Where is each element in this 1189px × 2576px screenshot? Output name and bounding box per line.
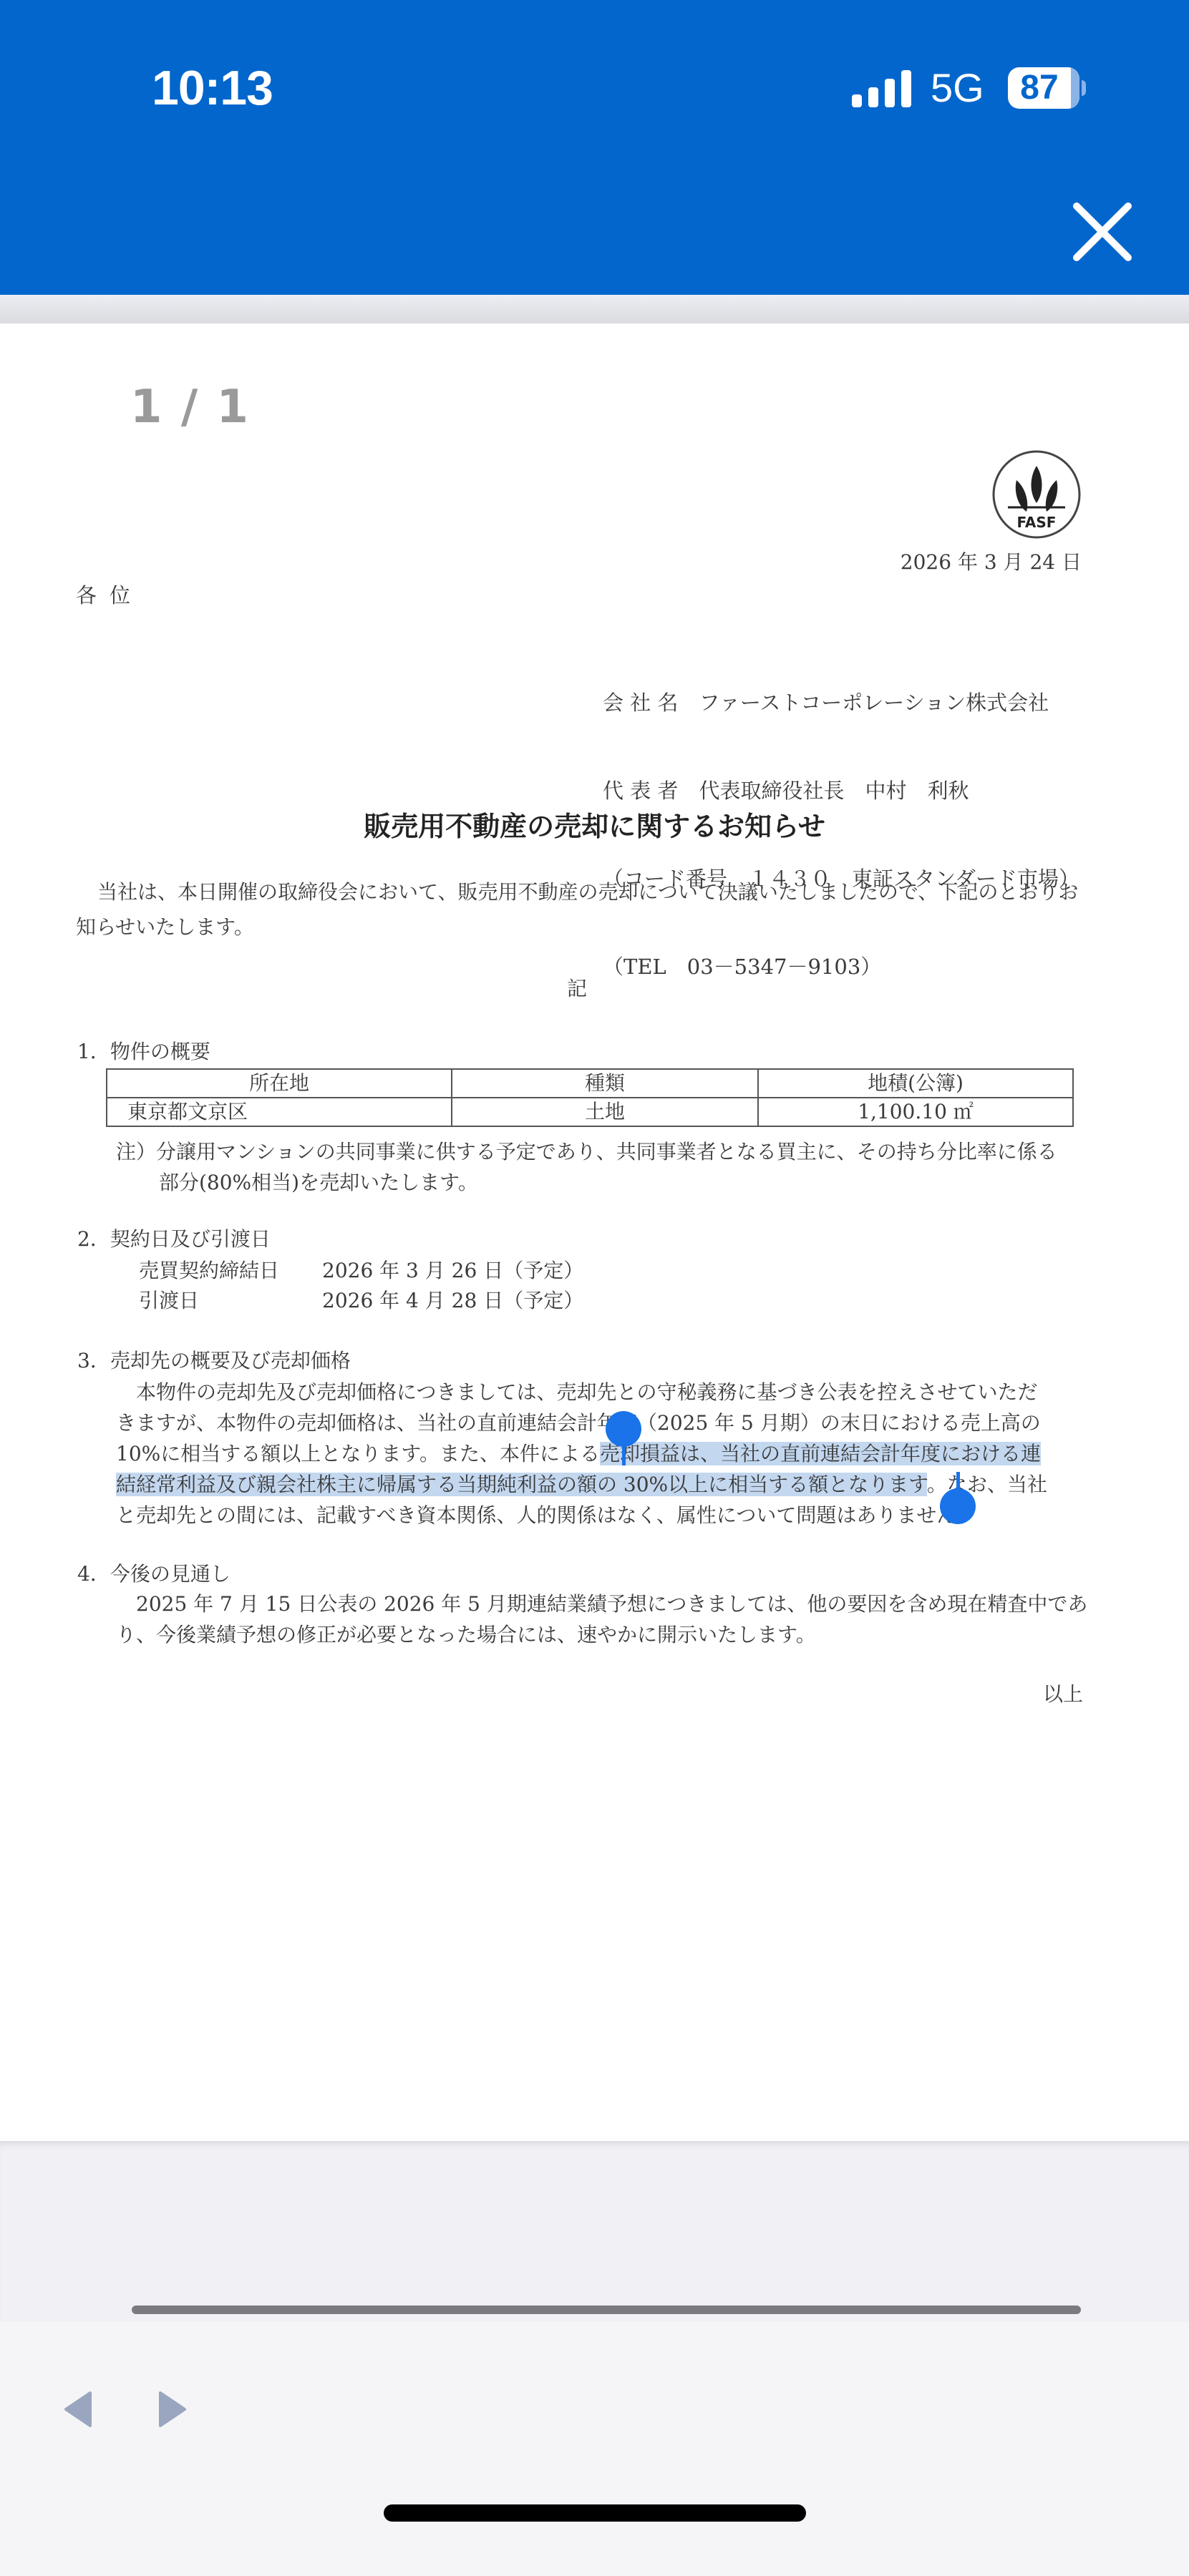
delivery-date-value: 2026 年 4 月 28 日（予定） [322, 1291, 583, 1311]
section-1-heading: 1．物件の概要 [77, 1042, 210, 1062]
close-button[interactable] [1067, 196, 1138, 268]
selected-text[interactable]: 売却損益は、当社の直前連結会計年度における連 [600, 1442, 1041, 1465]
selection-start-handle-stem [622, 1438, 626, 1465]
text-line: きますが、本物件の売却価格は、当社の直前連結会計年度（2025 年 5 月期）の… [116, 1407, 1084, 1438]
bottom-toolbar [0, 2322, 1189, 2576]
text-line: り、今後業績予想の修正が必要となった場合には、速やかに開示いたします。 [116, 1619, 1084, 1650]
company-name: ファーストコーポレーション株式会社 [699, 691, 1049, 715]
note-line: 注）分譲用マンションの共同事業に供する予定であり、共同事業者となる買主に、その持… [116, 1136, 1082, 1167]
document-title: 販売用不動産の売却に関するお知らせ [0, 804, 1189, 844]
note-line: 部分(80%相当)を売却いたします。 [116, 1167, 1082, 1198]
text-line: と売却先との間には、記載すべき資本関係、人的関係はなく、属性について問題はありま… [116, 1500, 1084, 1531]
previous-page-button[interactable] [62, 2390, 94, 2429]
triangle-left-icon [62, 2390, 94, 2429]
battery-cap [1082, 80, 1086, 96]
ki-marker: 記 [0, 979, 1154, 999]
table-cell: 1,100.10 ㎡ [758, 1098, 1073, 1126]
next-page-button[interactable] [156, 2390, 189, 2429]
home-indicator[interactable] [384, 2504, 806, 2522]
table-row: 東京都文京区 土地 1,100.10 ㎡ [107, 1098, 1073, 1126]
table-header-row: 所在地 種類 地積(公簿) [107, 1069, 1073, 1098]
text-line: 本物件の売却先及び売却価格につきましては、売却先との守秘義務に基づき公表を控えさ… [116, 1377, 1084, 1407]
viewer-background [0, 2141, 1189, 2322]
contract-date-label: 売買契約締結日 [139, 1261, 279, 1281]
section-4-body: 2025 年 7 月 15 日公表の 2026 年 5 月期連結業績予想につきま… [116, 1589, 1084, 1650]
intro-paragraph: 当社は、本日開催の取締役会において、販売用不動産の売却について決議いたしましたの… [76, 874, 1081, 945]
closing-mark: 以上 [1043, 1684, 1083, 1704]
document-date: 2026 年 3 月 24 日 [901, 552, 1082, 572]
table-header: 種類 [452, 1069, 758, 1098]
addressee: 各位 [76, 585, 143, 606]
viewer-header [0, 0, 1189, 295]
section-3-body[interactable]: 本物件の売却先及び売却価格につきましては、売却先との守秘義務に基づき公表を控えさ… [116, 1377, 1084, 1531]
delivery-date-label: 引渡日 [139, 1291, 199, 1311]
status-time: 10:13 [152, 60, 273, 116]
table-cell: 東京都文京区 [107, 1098, 452, 1126]
property-table: 所在地 種類 地積(公簿) 東京都文京区 土地 1,100.10 ㎡ [106, 1068, 1074, 1127]
section-4-heading: 4．今後の見通し [77, 1564, 230, 1584]
section-3-heading: 3．売却先の概要及び売却価格 [77, 1351, 351, 1371]
triangle-right-icon [156, 2390, 189, 2429]
text-line: 2025 年 7 月 15 日公表の 2026 年 5 月期連結業績予想につきま… [116, 1589, 1084, 1619]
text-line: 10%に相当する額以上となります。また、本件による売却損益は、当社の直前連結会計… [116, 1438, 1084, 1469]
selected-text[interactable]: 結経常利益及び親会社株主に帰属する当期純利益の額の 30%以上に相当する額となり… [116, 1473, 927, 1496]
tel-line: （TEL 03－5347－9103） [603, 952, 1079, 982]
company-name-label: 会 社 名 [603, 691, 678, 715]
representative-label: 代 表 者 [603, 779, 678, 803]
representative: 代表取締役社長 中村 利秋 [699, 779, 969, 803]
property-note: 注）分譲用マンションの共同事業に供する予定であり、共同事業者となる買主に、その持… [116, 1136, 1082, 1198]
battery-icon: 87 [1008, 67, 1079, 109]
fasf-logo: FASF [991, 449, 1082, 540]
table-cell: 土地 [452, 1098, 758, 1126]
battery-level: 87 [1008, 67, 1071, 109]
network-type: 5G [931, 64, 984, 111]
selection-end-handle[interactable] [940, 1488, 976, 1524]
header-shadow [0, 295, 1189, 323]
signal-icon [852, 70, 912, 107]
table-header: 所在地 [107, 1069, 452, 1098]
contract-date-value: 2026 年 3 月 26 日（予定） [322, 1261, 583, 1281]
text-line: 結経常利益及び親会社株主に帰属する当期純利益の額の 30%以上に相当する額となり… [116, 1469, 1084, 1500]
page-indicator: 1 / 1 [130, 381, 250, 434]
close-icon [1067, 196, 1138, 268]
svg-text:FASF: FASF [1017, 514, 1057, 531]
horizontal-scrollbar[interactable] [132, 2306, 1081, 2314]
section-2-heading: 2．契約日及び引渡日 [77, 1229, 271, 1249]
table-header: 地積(公簿) [758, 1069, 1073, 1098]
